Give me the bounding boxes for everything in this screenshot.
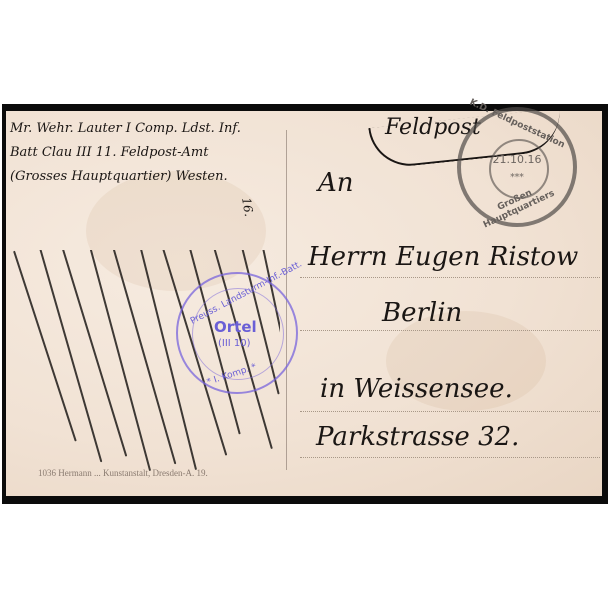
- address-line-1: [300, 277, 600, 278]
- feldpost-postmark: K.D. Feldpoststation 21.10.16 *** Großen…: [457, 107, 577, 227]
- postmark-date: 21.10.16: [461, 153, 573, 166]
- message-header-line-1: Mr. Wehr. Lauter I Comp. Ldst. Inf.: [10, 117, 241, 141]
- unit-cachet-stamp: Preuss. Landsturm-Inf.-Batt. Ortel (III …: [176, 272, 298, 394]
- address-line-3: [300, 411, 600, 412]
- cachet-center-code: (III 10): [218, 338, 251, 349]
- address-name: Herrn Eugen Ristow: [308, 242, 578, 272]
- message-header-line-2: Batt Clau III 11. Feldpost-Amt: [10, 141, 208, 165]
- address-street: Parkstrasse 32.: [316, 422, 519, 452]
- address-city: Berlin: [382, 298, 462, 328]
- address-line-4: [300, 457, 600, 458]
- cachet-center-name: Ortel: [214, 318, 257, 336]
- address-salutation: An: [318, 168, 354, 198]
- message-header-line-3: (Grosses Hauptquartier) Westen.: [10, 165, 228, 189]
- address-district: in Weissensee.: [320, 374, 513, 404]
- address-line-2: [300, 330, 600, 331]
- printer-imprint: 1036 Hermann ... Kunstanstalt, Dresden-A…: [38, 468, 208, 478]
